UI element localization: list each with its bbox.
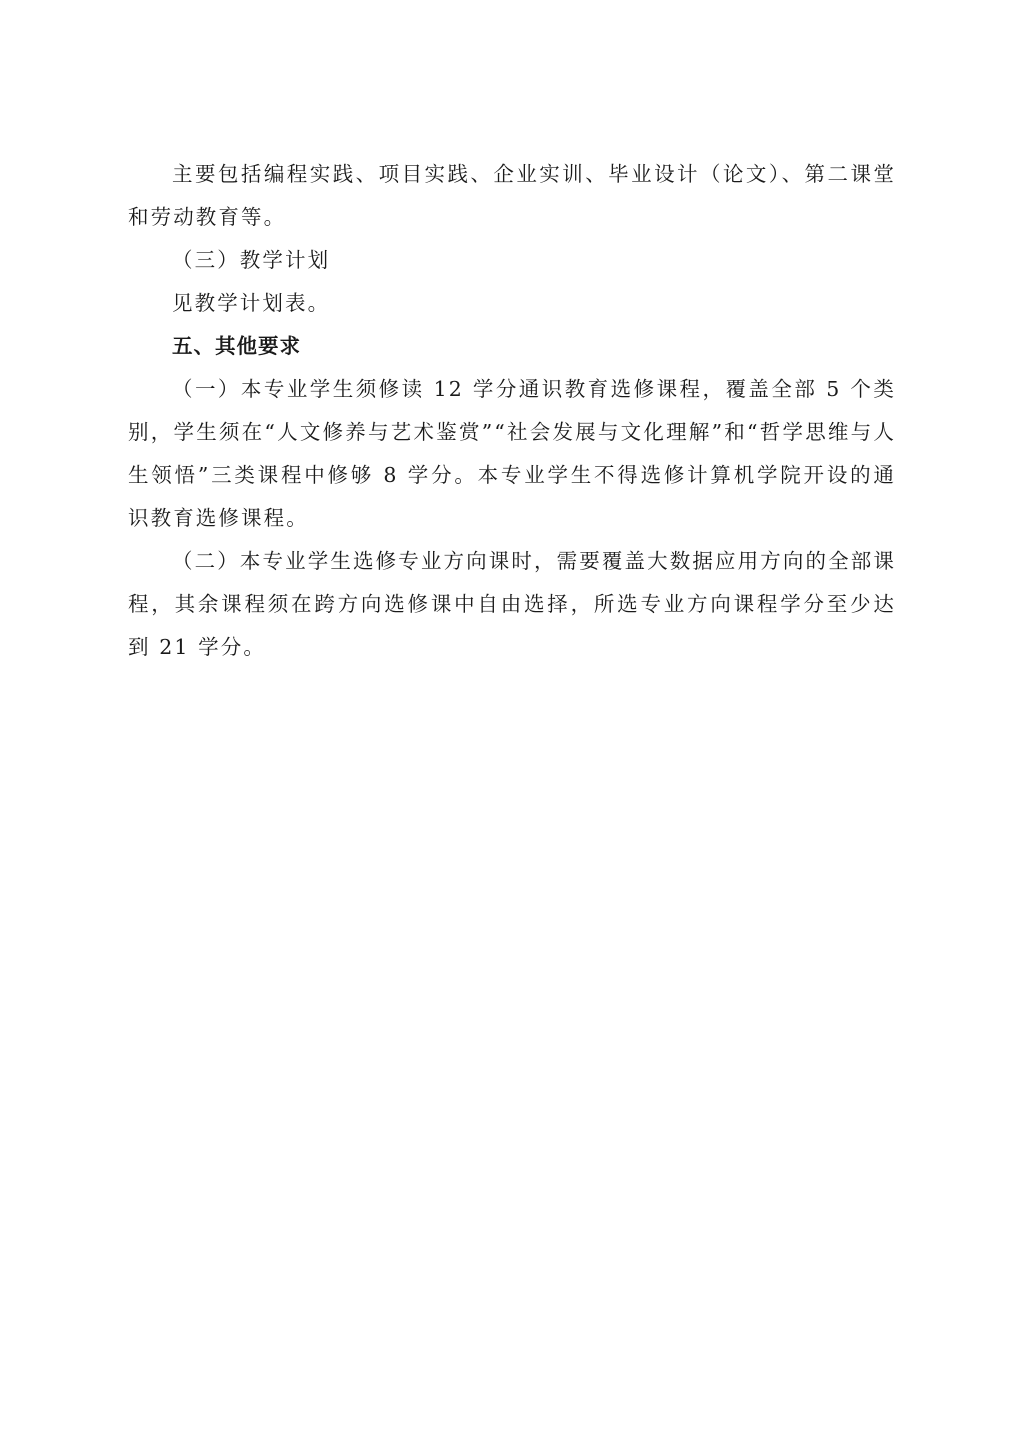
paragraph-requirement-1: （一）本专业学生须修读 12 学分通识教育选修课程，覆盖全部 5 个类别，学生须…	[128, 368, 896, 540]
document-page: 主要包括编程实践、项目实践、企业实训、毕业设计（论文）、第二课堂和劳动教育等。 …	[128, 153, 896, 669]
paragraph-requirement-2: （二）本专业学生选修专业方向课时，需要覆盖大数据应用方向的全部课程，其余课程须在…	[128, 540, 896, 669]
paragraph-see-plan-table: 见教学计划表。	[128, 282, 896, 325]
heading-other-requirements: 五、其他要求	[128, 325, 896, 368]
paragraph-practice-content: 主要包括编程实践、项目实践、企业实训、毕业设计（论文）、第二课堂和劳动教育等。	[128, 153, 896, 239]
subheading-teaching-plan: （三）教学计划	[128, 239, 896, 282]
